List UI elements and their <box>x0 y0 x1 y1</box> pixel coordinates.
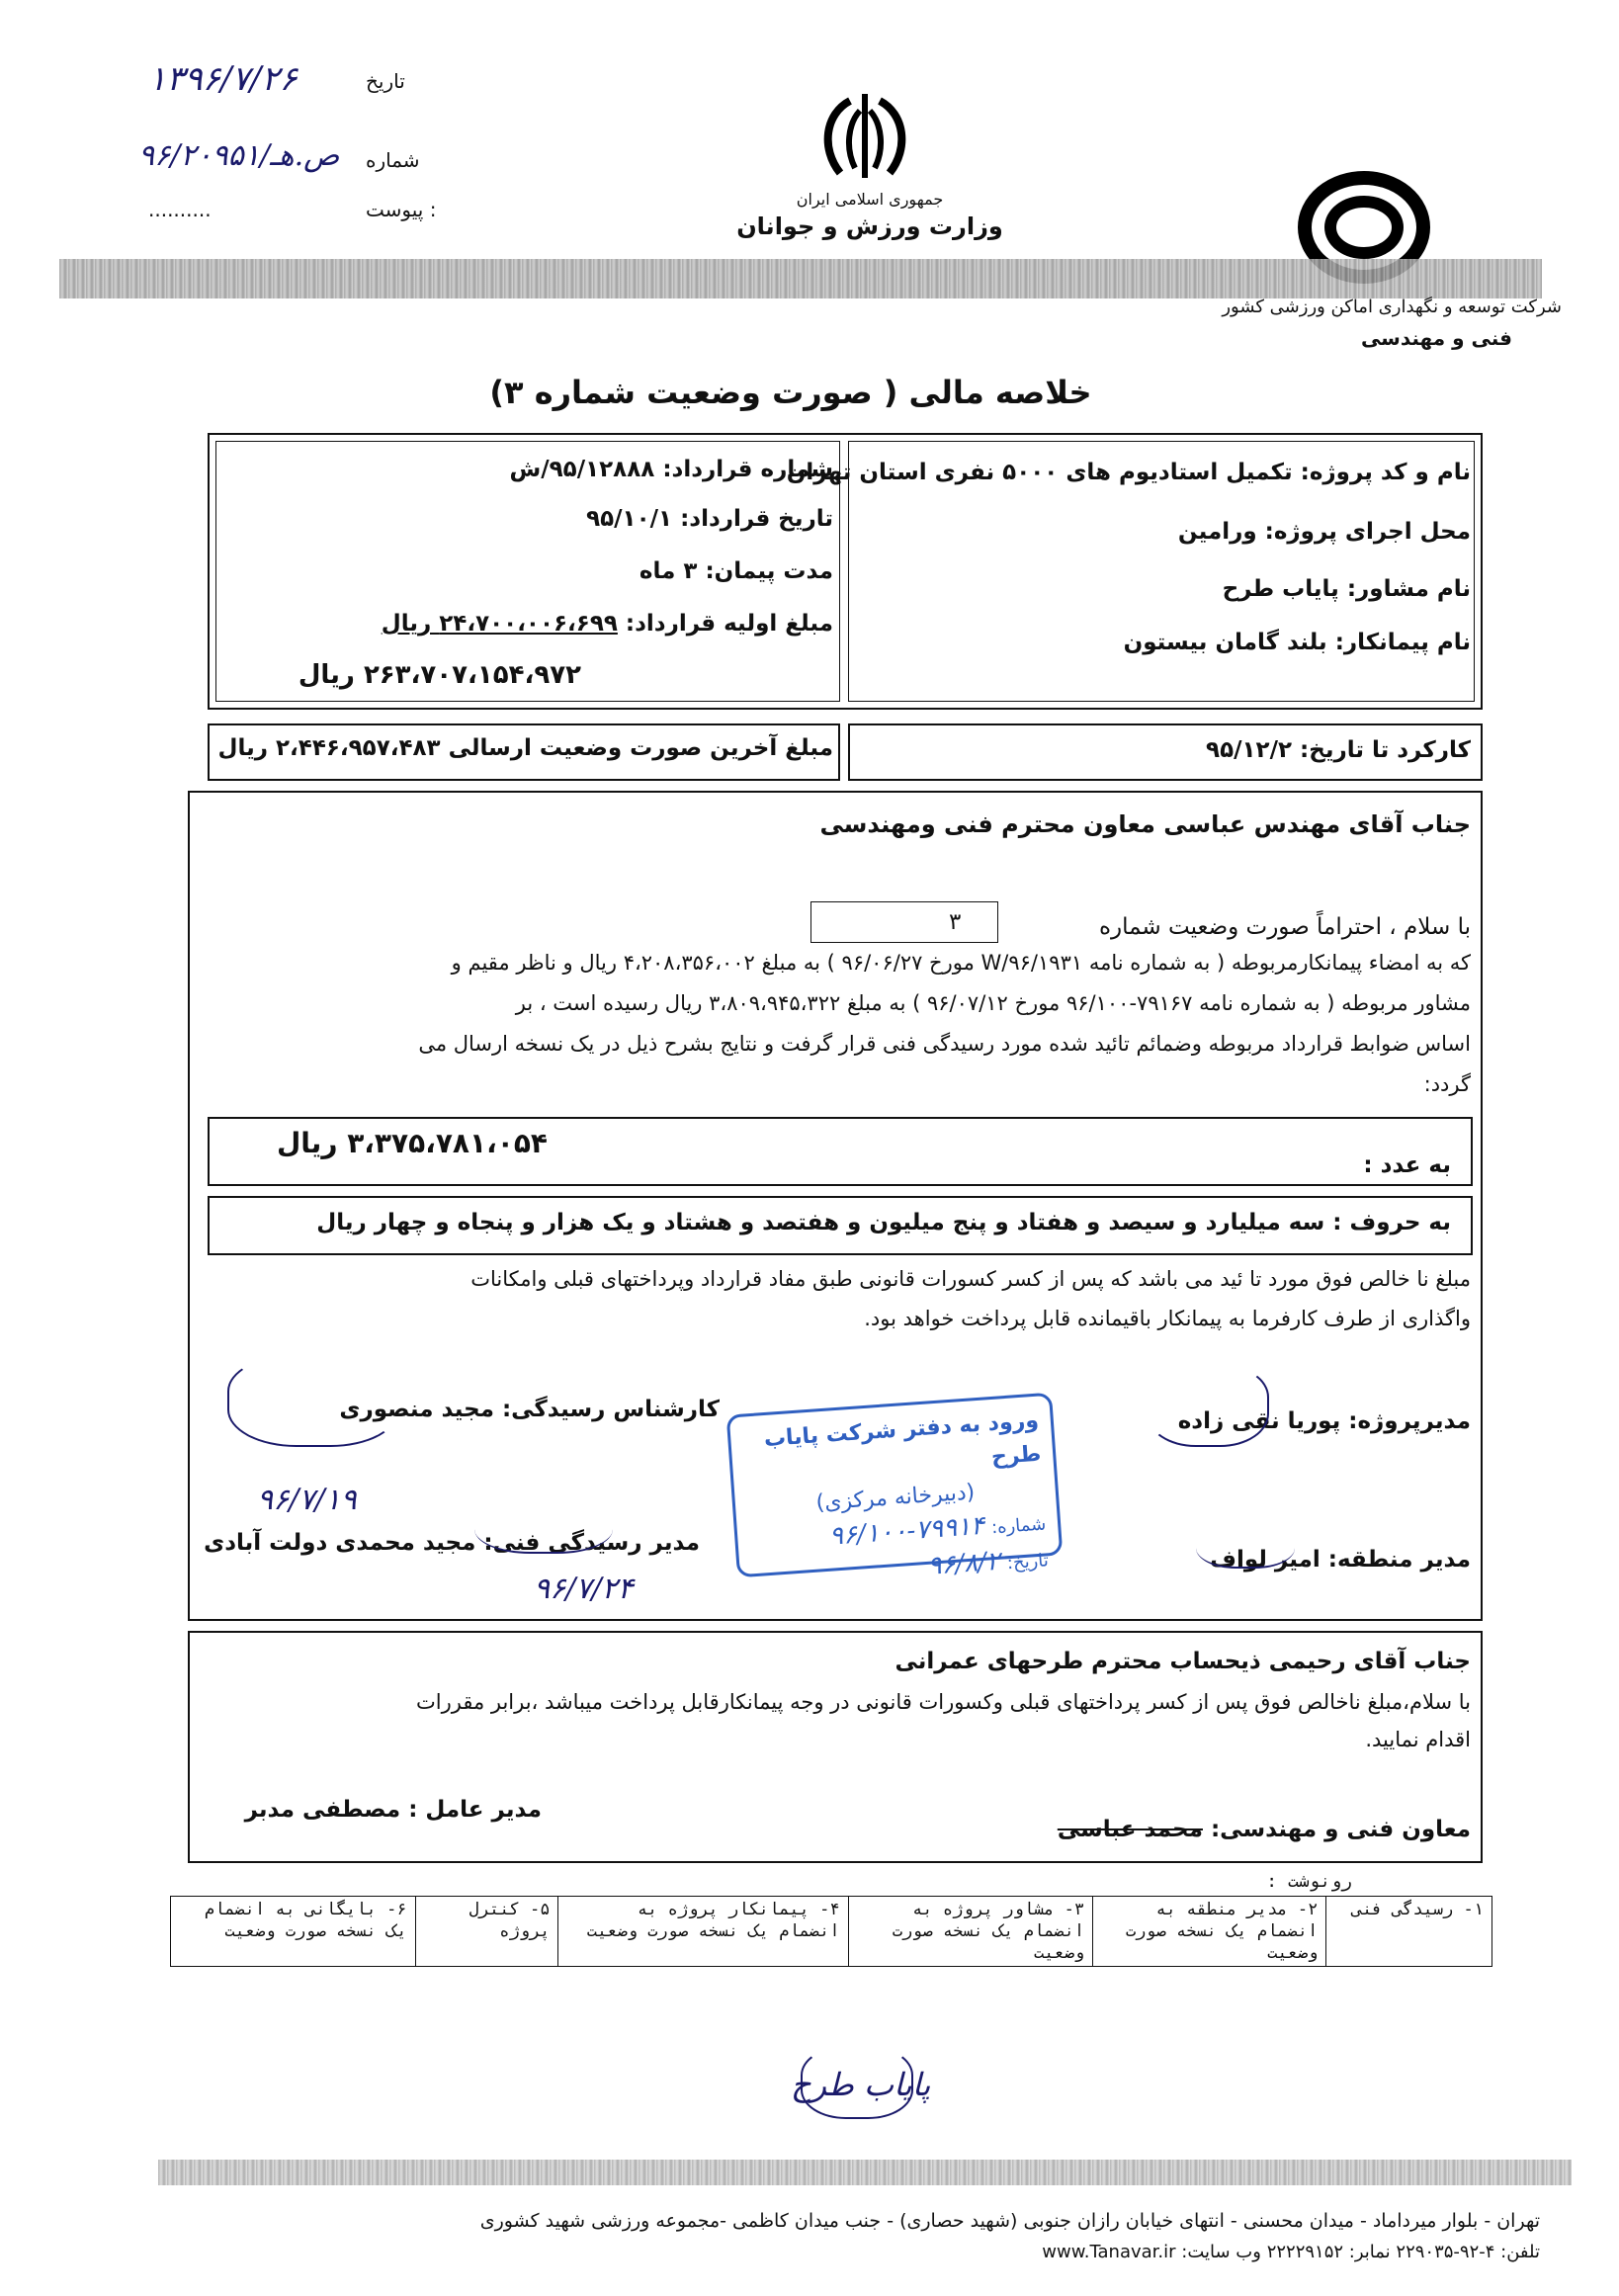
footer-contact: تلفن: ۴-۹۲-۲۲۹۰۳۵ نمابر: ۲۲۲۲۹۱۵۲ وب سای… <box>1042 2242 1540 2262</box>
company-name: شرکت توسعه و نگهداری اماکن ورزشی کشور <box>1137 297 1562 317</box>
letter-line-5: گردد: <box>1424 1072 1471 1096</box>
initial-amount-label: مبلغ اولیه قرارداد: <box>626 611 833 637</box>
initial-amount-value: ۲۴،۷۰۰،۰۰۶،۶۹۹ ریال <box>382 611 618 637</box>
attachment-value: .......... <box>148 198 212 221</box>
amount-words-label: به حروف : <box>1332 1210 1451 1235</box>
received-stamp: ورود به دفتر شرکت پایاب طرح (دبیرخانه مر… <box>726 1393 1064 1578</box>
project-location-label: محل اجرای پروژه: <box>1265 519 1471 545</box>
footer-phone: تلفن: ۴-۹۲-۲۲۹۰۳۵ <box>1396 2242 1540 2262</box>
letter-greeting: با سلام ، احتراماً صورت وضعیت شماره <box>1099 914 1471 940</box>
review-expert-label: کارشناس رسیدگی: <box>502 1397 720 1422</box>
cc-item: ۵- کنترل پروژه <box>415 1897 558 1967</box>
technical-review-manager-date: ۹۶/۷/۲۴ <box>534 1572 634 1606</box>
footer-band <box>158 2160 1572 2185</box>
emblem-caption-ministry: وزارت ورزش و جوانان <box>731 213 1008 240</box>
cc-item: ۶- بایگانی به انضمام یک نسخه صورت وضعیت <box>171 1897 416 1967</box>
second-letter-addressee: جناب آقای رحیمی ذیحساب محترم طرحهای عمرا… <box>895 1649 1471 1674</box>
footer-website-label: وب سایت: <box>1181 2242 1261 2262</box>
cc-item: ۱- رسیدگی فنی <box>1326 1897 1492 1967</box>
date-value: ۱۳۹۶/۷/۲۶ <box>148 59 298 99</box>
last-statement-field: مبلغ آخرین صورت وضعیت ارسالی ۲،۴۴۶،۹۵۷،۴… <box>218 735 833 761</box>
contract-date-field: تاریخ قرارداد: ۹۵/۱۰/۱ <box>586 506 833 532</box>
letter-line-3: مشاور مربوطه ( به شماره نامه ۷۹۱۶۷-۹۶/۱۰… <box>516 991 1471 1015</box>
footer-fax: نمابر: ۲۲۲۲۹۱۵۲ <box>1267 2242 1391 2262</box>
footer-website[interactable]: www.Tanavar.ir <box>1042 2242 1175 2262</box>
work-until-value: ۹۵/۱۲/۲ <box>1206 737 1292 763</box>
project-location-field: محل اجرای پروژه: ورامین <box>1178 519 1471 545</box>
last-statement-value: ۲،۴۴۶،۹۵۷،۴۸۳ ریال <box>218 735 441 761</box>
signature-technical-manager <box>474 1492 613 1554</box>
deputy-name: محمد عباسی <box>1058 1817 1203 1842</box>
date-label: تاریخ <box>366 69 405 93</box>
ceo-name: مصطفی مدبر <box>245 1797 401 1823</box>
cc-item: ۴- پیمانکار پروژه به انضمام یک نسخه صورت… <box>558 1897 848 1967</box>
contract-number-label: شماره قرارداد: <box>662 457 833 482</box>
stamp-date-label: تاریخ: <box>1006 1550 1049 1573</box>
contract-duration-label: مدت پیمان: <box>705 558 833 584</box>
project-name-label: نام و کد پروژه: <box>1301 460 1471 485</box>
signature-region-manager <box>1196 1517 1295 1569</box>
letter-addressee: جناب آقای مهندس عباسی معاون محترم فنی وم… <box>820 810 1471 838</box>
amount-numeric-value: ۳،۳۷۵،۷۸۱،۰۵۴ ریال <box>277 1127 548 1159</box>
emblem-caption-republic: جمهوری اسلامی ایران <box>761 190 979 209</box>
ceo-label: مدیر عامل : <box>408 1797 542 1823</box>
signature-bottom <box>801 2046 913 2119</box>
last-statement-label: مبلغ آخرین صورت وضعیت ارسالی <box>449 735 833 761</box>
signature-project-manager <box>1147 1364 1269 1447</box>
stamp-number-label: شماره: <box>990 1513 1047 1538</box>
contract-number-field: شماره قرارداد: ۹۵/۱۲۸۸۸/ش <box>509 457 833 482</box>
department-name: فنی و مهندسی <box>1236 326 1512 350</box>
review-expert-date: ۹۶/۷/۱۹ <box>257 1483 357 1517</box>
work-until-label: کارکرد تا تاریخ: <box>1300 737 1471 763</box>
footer-address: تهران - بلوار میرداماد - میدان محسنی - ا… <box>480 2210 1540 2232</box>
contract-duration-value: ۳ ماه <box>639 558 698 584</box>
cc-table: ۱- رسیدگی فنی ۲- مدیر منطقه به انضمام یک… <box>170 1896 1492 1967</box>
contract-number-value: ۹۵/۱۲۸۸۸/ش <box>509 457 654 482</box>
technical-review-manager-field: مدیر رسیدگی فنی: مجید محمدی دولت آبادی <box>204 1530 700 1556</box>
contractor-label: نام پیمانکار: <box>1335 630 1471 655</box>
iran-emblem-icon <box>810 89 919 188</box>
ceo-field: مدیر عامل : مصطفی مدبر <box>245 1797 542 1823</box>
contractor-field: نام پیمانکار: بلند گامان بیستون <box>1124 630 1471 655</box>
letter-line-4: اساس ضوابط قرارداد مربوطه وضمائم تائید ش… <box>418 1032 1471 1056</box>
signature-review-expert <box>227 1354 399 1447</box>
header-band <box>59 259 1542 298</box>
consultant-value: پایاب طرح <box>1223 576 1339 602</box>
initial-amount-field: مبلغ اولیه قرارداد: ۲۴،۷۰۰،۰۰۶،۶۹۹ ریال <box>382 611 833 637</box>
document-title: خلاصه مالی ( صورت وضعیت شماره ۳) <box>445 374 1137 411</box>
statement-number-box <box>810 901 998 943</box>
second-letter-body-2: اقدام نمایید. <box>1365 1728 1471 1751</box>
letter-line-2: که به امضاء پیمانکارمربوطه ( به شماره نا… <box>452 951 1471 975</box>
consultant-field: نام مشاور: پایاب طرح <box>1223 576 1471 602</box>
project-name-value: تکمیل استادیوم های ۵۰۰۰ نفری استان تهران <box>787 460 1293 485</box>
cc-item: ۲- مدیر منطقه به انضمام یک نسخه صورت وضع… <box>1093 1897 1326 1967</box>
project-location-value: ورامین <box>1178 519 1257 545</box>
letter-number-label: شماره <box>366 148 420 172</box>
contract-date-value: ۹۵/۱۰/۱ <box>586 506 672 532</box>
contract-date-label: تاریخ قرارداد: <box>680 506 833 532</box>
deputy-field: معاون فنی و مهندسی: محمد عباسی <box>1058 1817 1471 1842</box>
amount-words-field: به حروف : سه میلیارد و سیصد و هفتاد و پن… <box>316 1210 1451 1235</box>
technical-review-manager-name: مجید محمدی دولت آبادی <box>204 1530 475 1556</box>
approval-line-1: مبلغ نا خالص فوق مورد تا ئید می باشد که … <box>470 1267 1471 1291</box>
adjusted-amount-value: ۲۶۳،۷۰۷،۱۵۴،۹۷۲ ریال <box>298 660 581 690</box>
project-name-field: نام و کد پروژه: تکمیل استادیوم های ۵۰۰۰ … <box>787 460 1471 485</box>
contractor-value: بلند گامان بیستون <box>1124 630 1327 655</box>
region-manager-label: مدیر منطقه: <box>1328 1547 1471 1573</box>
work-until-field: کارکرد تا تاریخ: ۹۵/۱۲/۲ <box>1206 737 1471 763</box>
amount-numeric-label: به عدد : <box>1363 1152 1451 1178</box>
consultant-label: نام مشاور: <box>1347 576 1471 602</box>
attachment-label: پیوست : <box>366 198 436 221</box>
project-manager-label: مدیرپروژه: <box>1348 1408 1471 1434</box>
stamp-date-value: ۹۶/۸/۲ <box>926 1547 1000 1581</box>
deputy-label: معاون فنی و مهندسی: <box>1211 1817 1471 1842</box>
contract-duration-field: مدت پیمان: ۳ ماه <box>639 558 833 584</box>
second-letter-body-1: با سلام،مبلغ ناخالص فوق پس از کسر پرداخت… <box>416 1690 1471 1714</box>
cc-item: ۳- مشاور پروژه به انضمام یک نسخه صورت وض… <box>848 1897 1093 1967</box>
amount-words-value: سه میلیارد و سیصد و هفتاد و پنج میلیون و… <box>316 1210 1324 1235</box>
statement-number: ۳ <box>949 909 961 935</box>
approval-line-2: واگذاری از طرف کارفرما به پیمانکار باقیم… <box>864 1307 1471 1330</box>
letter-number-value: ۹۶/۲۰۹۵۱/ص.هـ <box>138 138 339 173</box>
cc-label: رونوشت : <box>1266 1871 1352 1892</box>
